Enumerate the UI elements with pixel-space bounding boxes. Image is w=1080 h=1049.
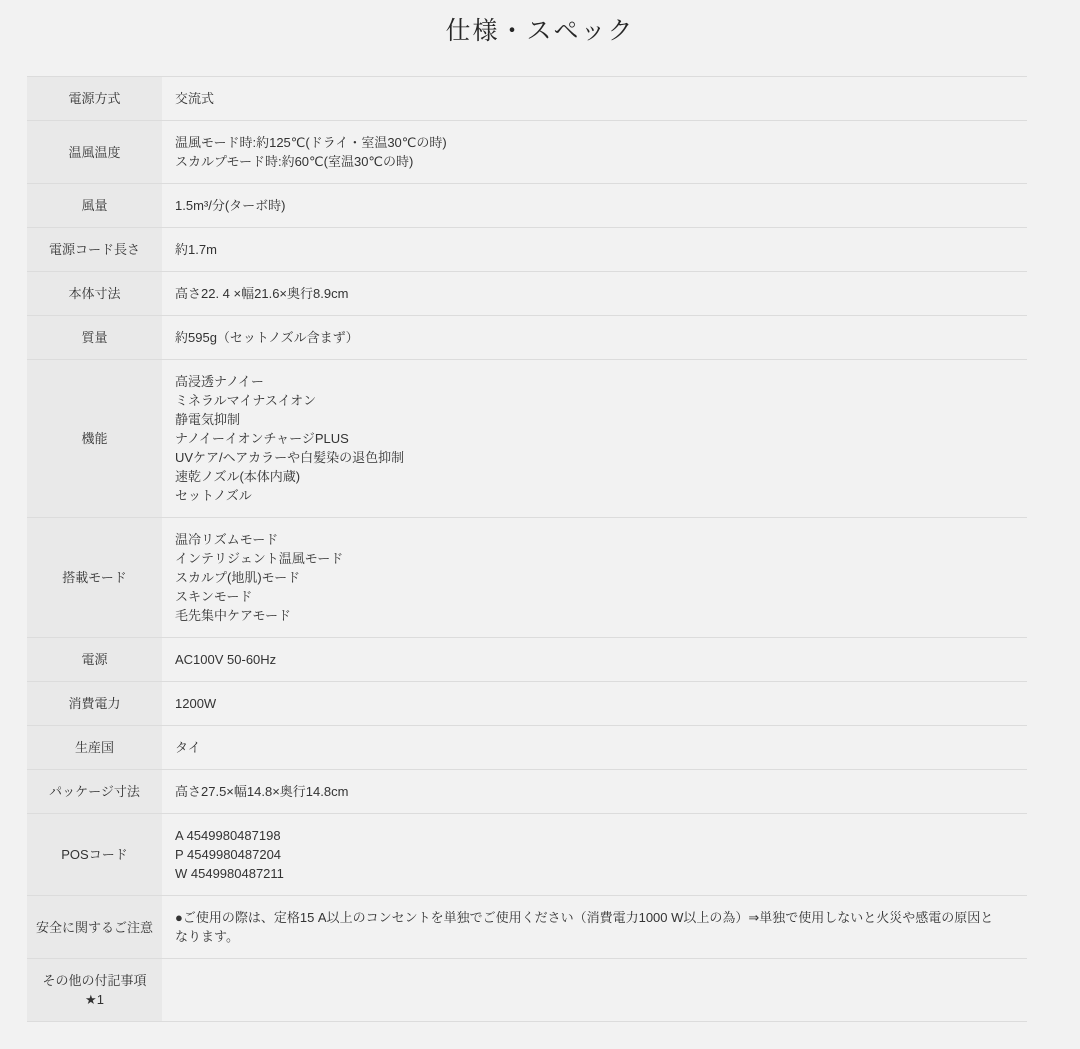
spec-row-label: 電源方式 [27,77,162,120]
spec-row-label: 質量 [27,316,162,359]
spec-row-value-text: 1200W [175,694,216,713]
spec-row: その他の付記事項 ★1 [27,959,1027,1022]
spec-row-value: 温冷リズムモード インテリジェント温風モード スカルプ(地肌)モード スキンモー… [162,518,1027,637]
spec-row-value: 約1.7m [162,228,1027,271]
spec-row-label: 搭載モード [27,518,162,637]
spec-row-value-text: A 4549980487198 P 4549980487204 W 454998… [175,826,284,883]
spec-row: 搭載モード 温冷リズムモード インテリジェント温風モード スカルプ(地肌)モード… [27,518,1027,638]
spec-row-value-text: 温冷リズムモード インテリジェント温風モード スカルプ(地肌)モード スキンモー… [175,530,343,625]
spec-row-value-text: 約1.7m [175,240,217,259]
spec-row-value-text: 温風モード時:約125℃(ドライ・室温30℃の時) スカルプモード時:約60℃(… [175,133,447,171]
spec-row-value: 高さ27.5×幅14.8×奥行14.8cm [162,770,1027,813]
spec-row-value: A 4549980487198 P 4549980487204 W 454998… [162,814,1027,895]
spec-row-label: 電源 [27,638,162,681]
spec-table: 電源方式 交流式 温風温度 温風モード時:約125℃(ドライ・室温30℃の時) … [27,76,1027,1022]
spec-row-label: 電源コード長さ [27,228,162,271]
spec-row: 本体寸法 高さ22. 4 ×幅21.6×奥行8.9cm [27,272,1027,316]
spec-row-label: POSコード [27,814,162,895]
spec-row-value-text: タイ [175,738,201,757]
spec-row-label: 風量 [27,184,162,227]
spec-row-label: 機能 [27,360,162,517]
spec-row-value: 1.5m³/分(ターボ時) [162,184,1027,227]
spec-row-value: 高さ22. 4 ×幅21.6×奥行8.9cm [162,272,1027,315]
spec-row-value: AC100V 50-60Hz [162,638,1027,681]
spec-row-value-text: AC100V 50-60Hz [175,650,276,669]
spec-row: 電源方式 交流式 [27,77,1027,121]
spec-row-value: 温風モード時:約125℃(ドライ・室温30℃の時) スカルプモード時:約60℃(… [162,121,1027,183]
spec-row-value: 高浸透ナノイー ミネラルマイナスイオン 静電気抑制 ナノイーイオンチャージPLU… [162,360,1027,517]
spec-row: 消費電力 1200W [27,682,1027,726]
spec-row-value-text: ●ご使用の際は、定格15 A以上のコンセントを単独でご使用ください（消費電力10… [175,908,1003,946]
spec-row: 安全に関するご注意 ●ご使用の際は、定格15 A以上のコンセントを単独でご使用く… [27,896,1027,959]
spec-row-label: 本体寸法 [27,272,162,315]
spec-row-value-text: 高さ27.5×幅14.8×奥行14.8cm [175,782,348,801]
spec-row-value: タイ [162,726,1027,769]
spec-row-value-text: 1.5m³/分(ターボ時) [175,196,286,215]
spec-row-value-text: 約595g（セットノズル含まず） [175,328,359,347]
spec-row-value: 約595g（セットノズル含まず） [162,316,1027,359]
spec-row-value: 交流式 [162,77,1027,120]
spec-row: パッケージ寸法 高さ27.5×幅14.8×奥行14.8cm [27,770,1027,814]
spec-row: 温風温度 温風モード時:約125℃(ドライ・室温30℃の時) スカルプモード時:… [27,121,1027,184]
spec-page: 仕様・スペック 電源方式 交流式 温風温度 温風モード時:約125℃(ドライ・室… [0,0,1080,1022]
spec-row-value [162,959,1027,1021]
spec-row: 電源コード長さ 約1.7m [27,228,1027,272]
spec-row-value-text: 交流式 [175,89,214,108]
spec-row: 風量 1.5m³/分(ターボ時) [27,184,1027,228]
spec-row-value-text: 高浸透ナノイー ミネラルマイナスイオン 静電気抑制 ナノイーイオンチャージPLU… [175,372,404,505]
spec-row-label: 消費電力 [27,682,162,725]
spec-row: POSコード A 4549980487198 P 4549980487204 W… [27,814,1027,896]
spec-row-value: 1200W [162,682,1027,725]
spec-row-label: 生産国 [27,726,162,769]
spec-row: 質量 約595g（セットノズル含まず） [27,316,1027,360]
spec-row-label: パッケージ寸法 [27,770,162,813]
spec-row: 生産国 タイ [27,726,1027,770]
spec-row-label: 温風温度 [27,121,162,183]
page-title: 仕様・スペック [0,0,1080,46]
spec-row-value-text: 高さ22. 4 ×幅21.6×奥行8.9cm [175,284,348,303]
spec-row-label: その他の付記事項 ★1 [27,959,162,1021]
spec-row: 機能 高浸透ナノイー ミネラルマイナスイオン 静電気抑制 ナノイーイオンチャージ… [27,360,1027,518]
spec-row: 電源 AC100V 50-60Hz [27,638,1027,682]
spec-row-value: ●ご使用の際は、定格15 A以上のコンセントを単独でご使用ください（消費電力10… [162,896,1027,958]
spec-row-label: 安全に関するご注意 [27,896,162,958]
